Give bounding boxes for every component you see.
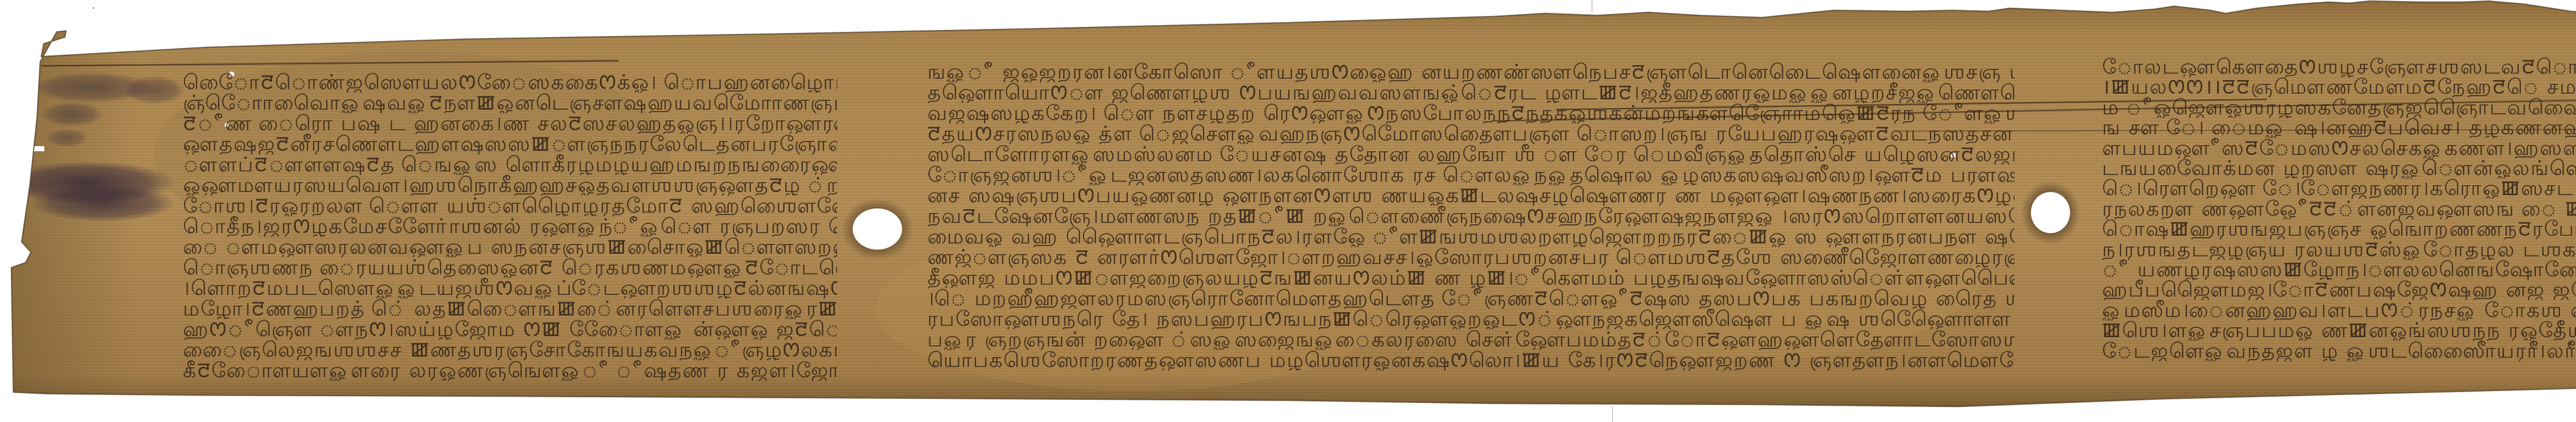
scan-speck	[93, 7, 94, 9]
binding-hole-right	[2031, 192, 2070, 233]
palm-leaf	[0, 0, 2576, 422]
manuscript-scan: ோைெꯂொண்ஜஸௌயலꯁைேஸககைꯁக்ஓ। ொபஹனழொைரணளல பர …	[0, 0, 2576, 422]
binding-hole-left	[853, 208, 902, 250]
leaf-notch	[31, 146, 44, 151]
